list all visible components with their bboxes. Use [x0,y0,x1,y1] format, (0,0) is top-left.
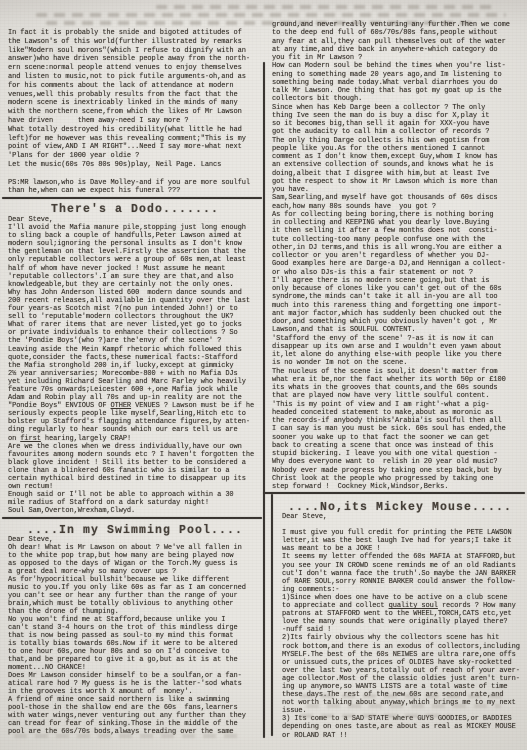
letter-body-swimming-pool: Dear Steve, Oh dear! What is Mr Lawson o… [8,536,262,736]
section-heading-wrap: There's a Dodo....... [8,199,262,217]
letter-body-mickey-mouse: Dear Steve, I must give you full credit … [282,513,524,740]
letter-body-neil-page: In fact it is probably the snide and big… [8,29,262,196]
section-divider-line [2,517,262,519]
section-divider-line [263,492,525,494]
letter-body-cockney-mick: ground,and never really venturing any fu… [272,21,524,491]
column-divider-line [263,62,265,738]
scanned-fanzine-letters-page: In fact it is probably the snide and big… [0,0,527,750]
section-heading-theres-a-dodo: There's a Dodo....... [51,203,219,216]
letter-box-left-border [271,494,273,736]
letter-body-soul-sam: Dear Steve, I'll avoid the Mafia manure … [8,216,262,515]
bleed-through-line [156,5,496,9]
bleed-through-line [36,13,506,17]
